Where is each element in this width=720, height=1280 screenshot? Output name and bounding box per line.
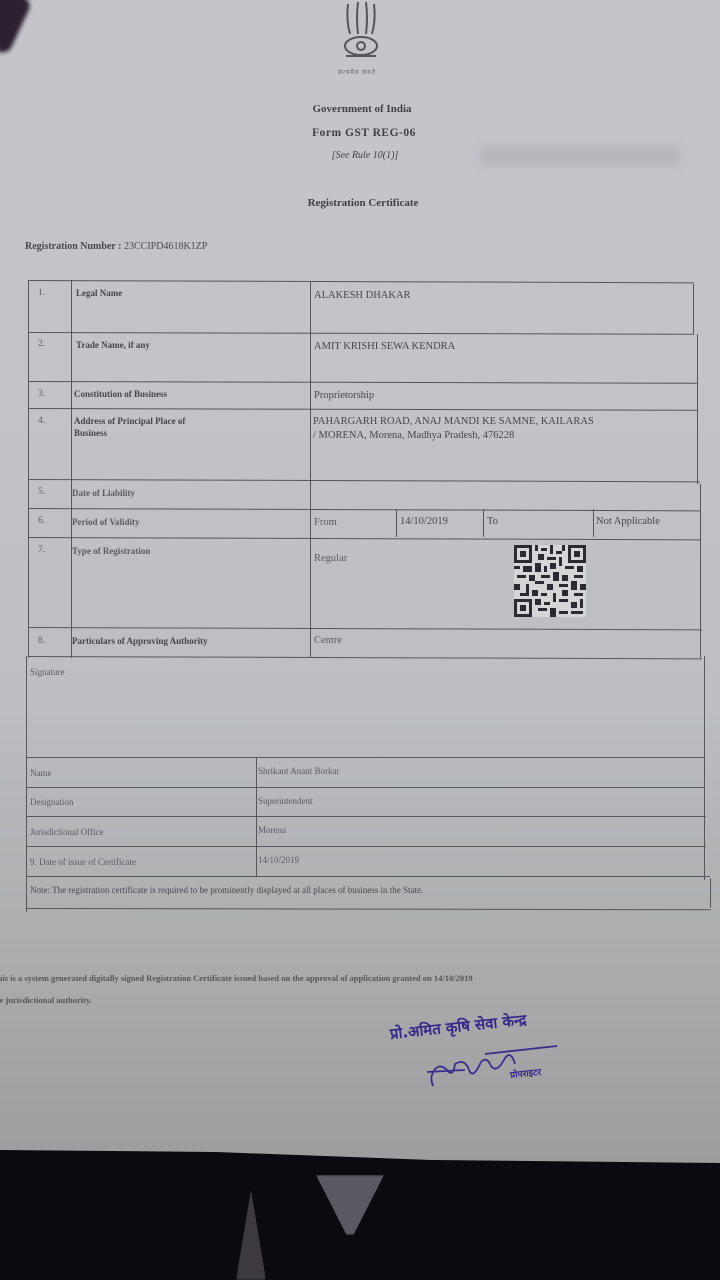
approving-authority-value: Centre: [314, 635, 342, 646]
validity-from-value: 14/10/2019: [400, 516, 448, 527]
row-2-label: Trade Name, if any: [76, 340, 150, 350]
certificate-title: Registration Certificate: [308, 197, 419, 209]
registration-number: Registration Number : 23CCIPD4618K1ZP: [25, 241, 207, 252]
issue-date-value: 14/10/2019: [258, 855, 299, 865]
row-7-label: Type of Registration: [72, 546, 150, 556]
row-2-number: 2.: [38, 339, 45, 349]
jurisdictional-office-label: Jurisdictional Office: [30, 827, 104, 837]
bleed-through-text: [480, 146, 680, 166]
validity-to-label: To: [487, 516, 498, 527]
designation-label: Designation: [30, 797, 74, 807]
certificate-paper: [0, 0, 720, 1175]
legal-name-value: ALAKESH DHAKAR: [314, 290, 411, 301]
row-4-label-line2: Business: [74, 428, 107, 438]
jurisdictional-office-value: Morena: [258, 825, 286, 835]
authority-name-value: Shrikant Anant Borkar: [258, 766, 340, 776]
national-emblem-icon: [336, 0, 386, 62]
row-1-label: Legal Name: [76, 288, 122, 298]
row-4-number: 4.: [38, 416, 45, 426]
form-heading: Form GST REG-06: [312, 127, 416, 139]
row-1-number: 1.: [38, 288, 45, 298]
designation-value: Superintendent: [258, 796, 313, 806]
row-5-label: Date of Liability: [72, 488, 135, 498]
row-6-label: Period of Validity: [72, 517, 140, 527]
emblem-caption: सत्यमेव जयते: [338, 68, 376, 76]
row-3-label: Constitution of Business: [74, 389, 167, 399]
issue-date-label: 9. Date of issue of Certificate: [30, 857, 136, 867]
row-8-number: 8.: [38, 636, 45, 646]
authority-name-label: Name: [30, 768, 52, 778]
row-7-number: 7.: [38, 545, 45, 555]
validity-from-label: From: [314, 517, 337, 528]
registration-number-value: 23CCIPD4618K1ZP: [124, 241, 207, 252]
constitution-value: Proprietorship: [314, 390, 374, 401]
trade-name-value: AMIT KRISHI SEWA KENDRA: [314, 341, 455, 352]
footer-line-1: This is a system generated digitally sig…: [0, 973, 473, 983]
registration-type-value: Regular: [314, 553, 347, 564]
row-4-label-line1: Address of Principal Place of: [74, 416, 185, 426]
address-value-line1: PAHARGARH ROAD, ANAJ MANDI KE SAMNE, KAI…: [313, 416, 594, 427]
row-5-number: 5.: [38, 487, 45, 497]
background-object: [236, 1190, 266, 1280]
registration-number-label: Registration Number :: [25, 241, 121, 252]
footer-line-2: the jurisdictional authority.: [0, 995, 92, 1005]
qr-code-icon: [514, 544, 586, 618]
government-heading: Government of India: [313, 103, 412, 115]
signature-label: Signature: [30, 667, 65, 677]
row-3-number: 3.: [38, 389, 45, 399]
address-value-line2: / MORENA, Morena, Madhya Pradesh, 476228: [313, 430, 514, 441]
row-6-number: 6.: [38, 516, 45, 526]
background-object: [316, 1175, 384, 1235]
rule-reference: [See Rule 10(1)]: [332, 150, 399, 161]
validity-to-value: Not Applicable: [596, 516, 660, 527]
row-8-label: Particulars of Approving Authority: [72, 636, 208, 646]
display-note: Note: The registration certificate is re…: [30, 885, 423, 895]
